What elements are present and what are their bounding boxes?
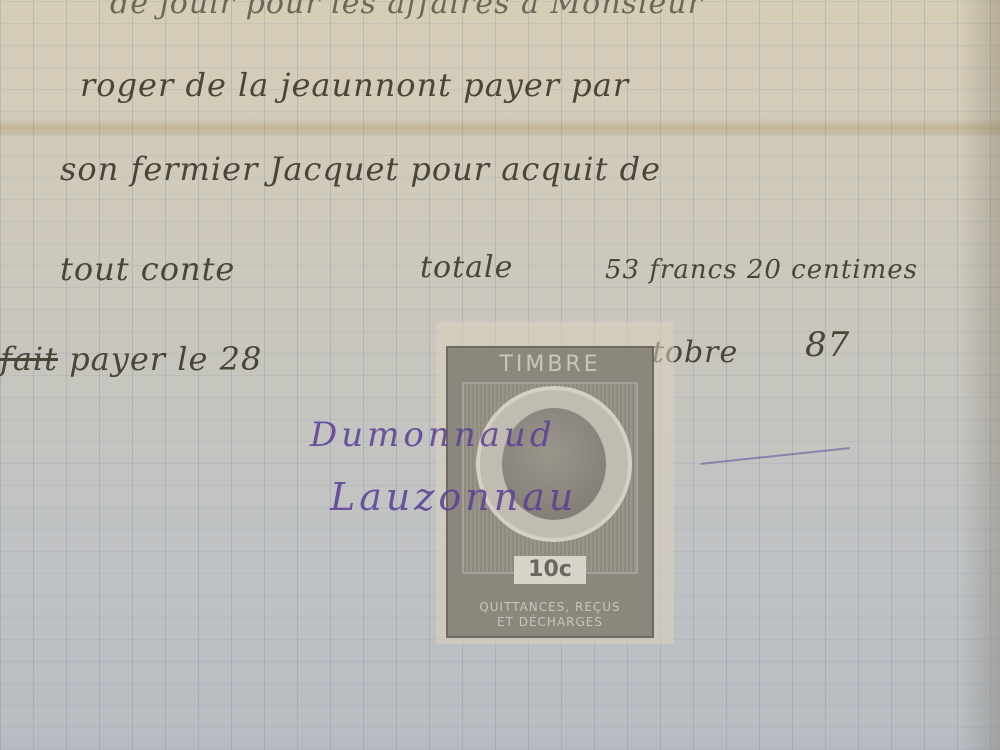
paper-edge-shadow (960, 0, 1000, 750)
handwritten-line-2: roger de la jeaunnont payer par (80, 66, 629, 104)
struck-word: fait (0, 340, 58, 378)
handwritten-line-3: son fermier Jacquet pour acquit de (60, 150, 661, 188)
handwritten-year: 87 (805, 325, 850, 365)
date-text: payer le 28 (69, 340, 262, 378)
signature-line-1: Dumonnaud (310, 415, 556, 455)
handwritten-line-1: de jouir pour les affaires à Monsieur (110, 0, 703, 21)
stamp-caption: QUITTANCES, REÇUS ET DÉCHARGES (448, 600, 652, 630)
handwritten-totale: totale (420, 250, 513, 285)
stamp-denomination: 10c (514, 556, 586, 584)
handwritten-payment-date: fait payer le 28 (0, 340, 262, 378)
paper-fold (0, 118, 1000, 138)
stamp-caption-line-2: ET DÉCHARGES (448, 615, 652, 630)
handwritten-amount: 53 francs 20 centimes (605, 255, 918, 285)
signature-line-2: Lauzonnau (330, 475, 577, 519)
stamp-title: TIMBRE (448, 352, 652, 377)
stamp-caption-line-1: QUITTANCES, REÇUS (448, 600, 652, 615)
handwritten-tout-conte: tout conte (60, 250, 235, 288)
